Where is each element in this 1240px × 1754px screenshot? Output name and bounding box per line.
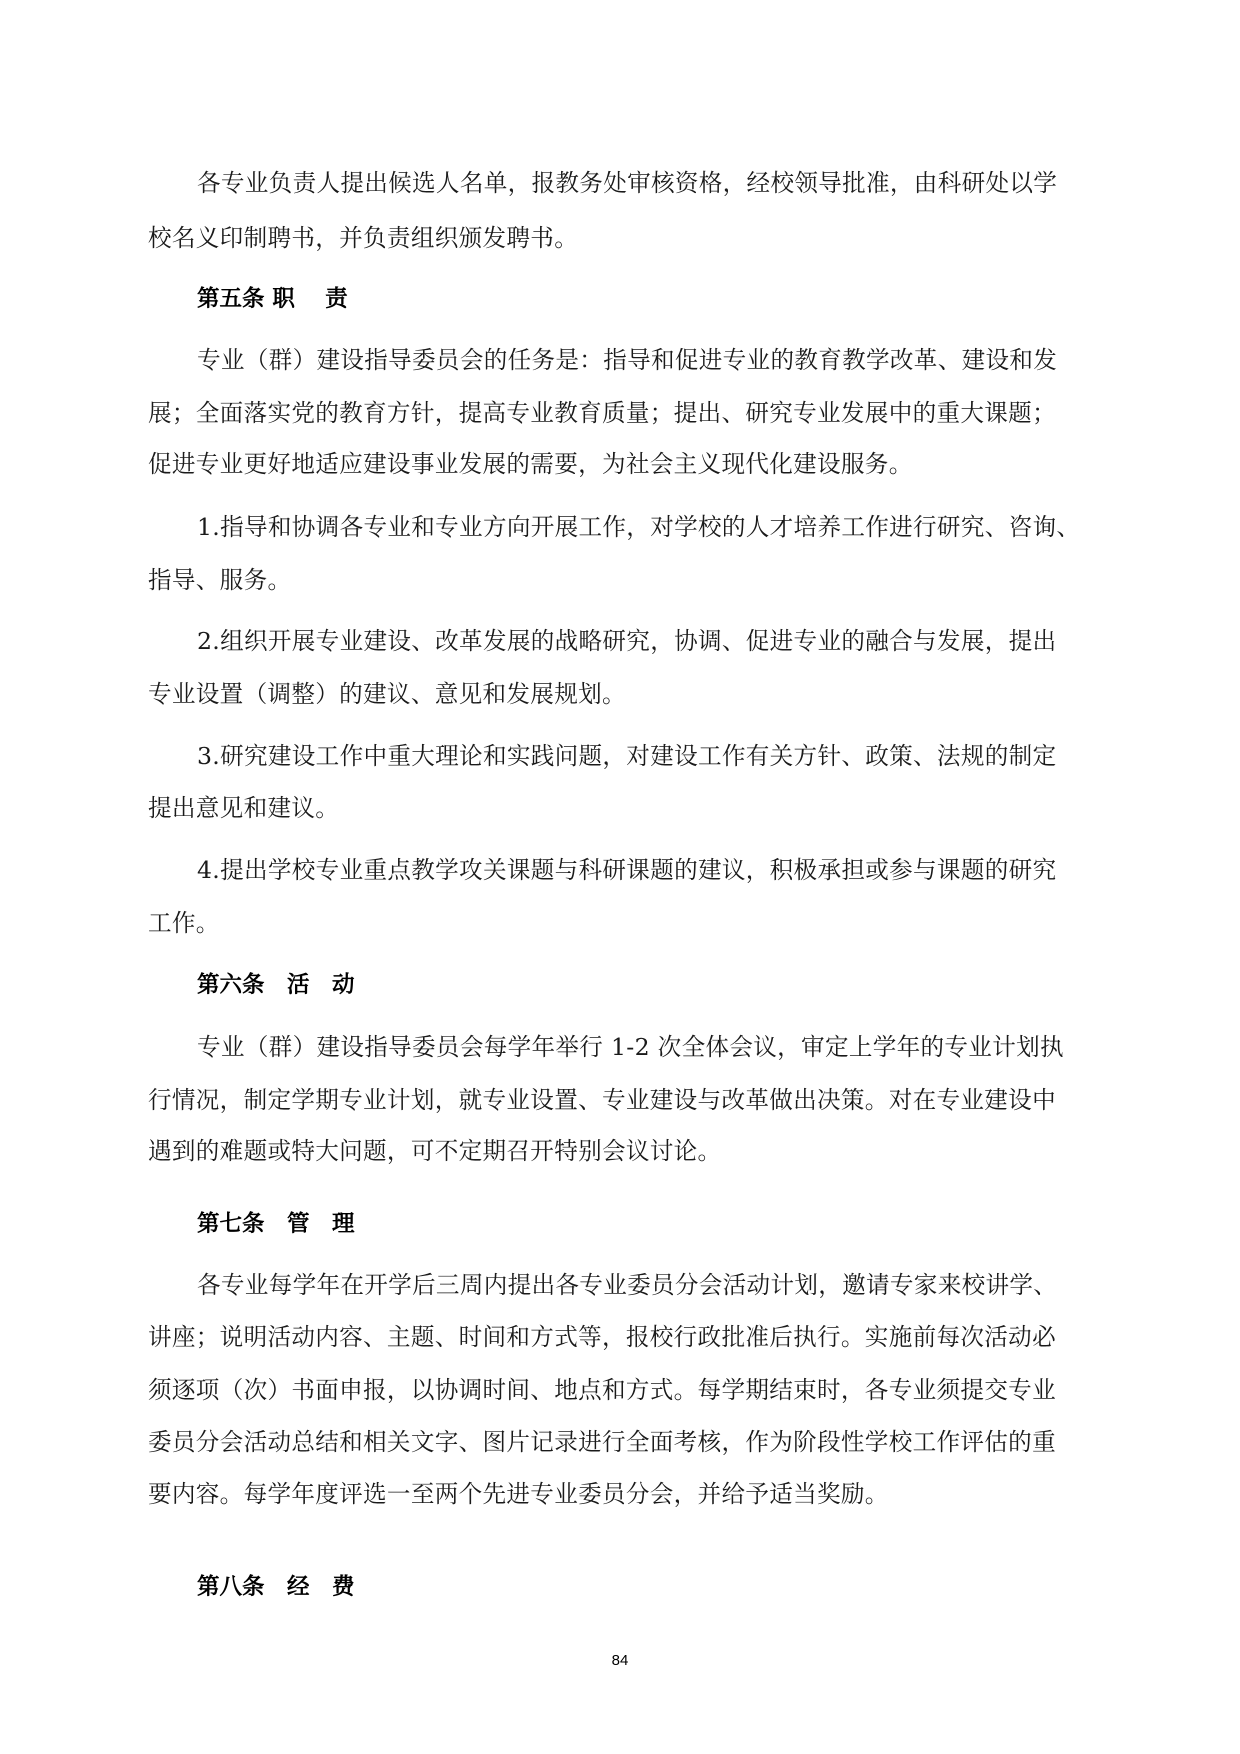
page-number: 84 bbox=[0, 1652, 1240, 1669]
paragraph-line: 委员分会活动总结和相关文字、图片记录进行全面考核，作为阶段性学校工作评估的重 bbox=[148, 1416, 1092, 1468]
section-heading-article-5: 第五条 职 责 bbox=[197, 273, 348, 325]
paragraph-line: 行情况，制定学期专业计划，就专业设置、专业建设与改革做出决策。对在专业建设中 bbox=[148, 1074, 1092, 1126]
paragraph-line: 专业（群）建设指导委员会每学年举行 1-2 次全体会议，审定上学年的专业计划执 bbox=[197, 1021, 1092, 1073]
list-item-line: 3.研究建设工作中重大理论和实践问题，对建设工作有关方针、政策、法规的制定 bbox=[197, 730, 1092, 782]
section-heading-article-6: 第六条 活 动 bbox=[197, 959, 355, 1011]
list-item-line: 工作。 bbox=[148, 897, 1092, 949]
paragraph-line: 专业（群）建设指导委员会的任务是：指导和促进专业的教育教学改革、建设和发 bbox=[197, 334, 1092, 386]
list-item-line: 4.提出学校专业重点教学攻关课题与科研课题的建议，积极承担或参与课题的研究 bbox=[197, 844, 1092, 896]
list-item-line: 专业设置（调整）的建议、意见和发展规划。 bbox=[148, 668, 1092, 720]
list-item-line: 1.指导和协调各专业和专业方向开展工作，对学校的人才培养工作进行研究、咨询、 bbox=[197, 501, 1092, 553]
paragraph-line: 促进专业更好地适应建设事业发展的需要，为社会主义现代化建设服务。 bbox=[148, 438, 1092, 490]
paragraph-line: 展；全面落实党的教育方针，提高专业教育质量；提出、研究专业发展中的重大课题； bbox=[148, 387, 1092, 439]
paragraph-line: 各专业每学年在开学后三周内提出各专业委员分会活动计划，邀请专家来校讲学、 bbox=[197, 1259, 1092, 1311]
paragraph-line: 须逐项（次）书面申报，以协调时间、地点和方式。每学期结束时，各专业须提交专业 bbox=[148, 1364, 1092, 1416]
paragraph-line: 讲座；说明活动内容、主题、时间和方式等，报校行政批准后执行。实施前每次活动必 bbox=[148, 1311, 1092, 1363]
document-page: 各专业负责人提出候选人名单，报教务处审核资格，经校领导批准，由科研处以学 校名义… bbox=[0, 0, 1240, 1754]
section-heading-article-8: 第八条 经 费 bbox=[197, 1561, 355, 1613]
section-heading-article-7: 第七条 管 理 bbox=[197, 1198, 355, 1250]
list-item-line: 提出意见和建议。 bbox=[148, 782, 1092, 834]
paragraph-line: 各专业负责人提出候选人名单，报教务处审核资格，经校领导批准，由科研处以学 bbox=[197, 157, 1092, 209]
list-item-line: 2.组织开展专业建设、改革发展的战略研究，协调、促进专业的融合与发展，提出 bbox=[197, 615, 1092, 667]
paragraph-line: 遇到的难题或特大问题，可不定期召开特别会议讨论。 bbox=[148, 1125, 1092, 1177]
list-item-line: 指导、服务。 bbox=[148, 554, 1092, 606]
paragraph-line: 校名义印制聘书，并负责组织颁发聘书。 bbox=[148, 212, 1092, 264]
paragraph-line: 要内容。每学年度评选一至两个先进专业委员分会，并给予适当奖励。 bbox=[148, 1468, 1092, 1520]
